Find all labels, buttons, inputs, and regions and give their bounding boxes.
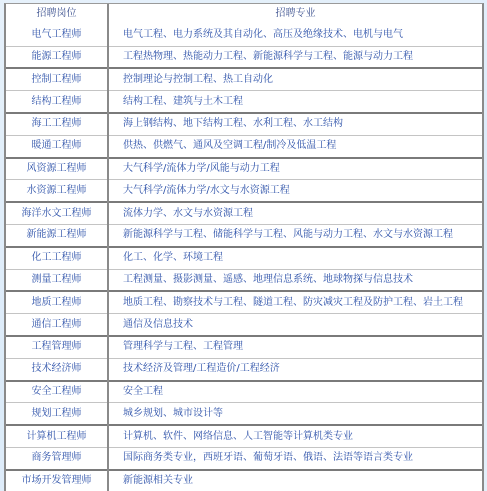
table-row: 计算机工程师 计算机、软件、网络信息、人工智能等计算机类专业 [6,425,482,447]
position-cell: 海洋水文工程师 [6,202,108,224]
recruitment-table-container: 招聘岗位 招聘专业 电气工程师 电气工程、电力系统及其自动化、高压及绝缘技术、电… [4,3,484,491]
position-cell: 工程管理师 [6,336,108,358]
major-cell: 计算机、软件、网络信息、人工智能等计算机类专业 [108,425,482,447]
position-cell: 商务管理师 [6,447,108,469]
table-row: 规划工程师 城乡规划、城市设计等 [6,403,482,425]
recruitment-table: 招聘岗位 招聘专业 电气工程师 电气工程、电力系统及其自动化、高压及绝缘技术、电… [6,4,482,491]
table-row: 商务管理师 国际商务类专业，西班牙语、葡萄牙语、俄语、法语等语言类专业 [6,447,482,469]
position-cell: 暖通工程师 [6,135,108,157]
major-cell: 地质工程、勘察技术与工程、隧道工程、防灾减灾工程及防护工程、岩土工程 [108,291,482,313]
table-row: 风资源工程师 大气科学/流体力学/风能与动力工程 [6,158,482,180]
position-cell: 控制工程师 [6,68,108,90]
major-cell: 供热、供燃气、通风及空调工程/制冷及低温工程 [108,135,482,157]
major-cell: 工程热物理、热能动力工程、新能源科学与工程、能源与动力工程 [108,46,482,68]
major-cell: 安全工程 [108,381,482,403]
major-cell: 城乡规划、城市设计等 [108,403,482,425]
major-cell: 大气科学/流体力学/水文与水资源工程 [108,180,482,202]
table-row: 地质工程师 地质工程、勘察技术与工程、隧道工程、防灾减灾工程及防护工程、岩土工程 [6,291,482,313]
table-row: 海工工程师 海上钢结构、地下结构工程、水利工程、水工结构 [6,113,482,135]
position-cell: 水资源工程师 [6,180,108,202]
major-cell: 大气科学/流体力学/风能与动力工程 [108,158,482,180]
table-row: 测量工程师 工程测量、摄影测量、遥感、地理信息系统、地球物探与信息技术 [6,269,482,291]
major-cell: 海上钢结构、地下结构工程、水利工程、水工结构 [108,113,482,135]
table-row: 工程管理师 管理科学与工程、工程管理 [6,336,482,358]
major-cell: 电气工程、电力系统及其自动化、高压及绝缘技术、电机与电气 [108,25,482,46]
position-cell: 结构工程师 [6,91,108,113]
major-cell: 结构工程、建筑与土木工程 [108,91,482,113]
major-cell: 流体力学、水文与水资源工程 [108,202,482,224]
major-cell: 工程测量、摄影测量、遥感、地理信息系统、地球物探与信息技术 [108,269,482,291]
table-row: 能源工程师 工程热物理、热能动力工程、新能源科学与工程、能源与动力工程 [6,46,482,68]
position-cell: 技术经济师 [6,358,108,380]
position-cell: 规划工程师 [6,403,108,425]
major-cell: 国际商务类专业，西班牙语、葡萄牙语、俄语、法语等语言类专业 [108,447,482,469]
table-row: 暖通工程师 供热、供燃气、通风及空调工程/制冷及低温工程 [6,135,482,157]
major-cell: 管理科学与工程、工程管理 [108,336,482,358]
position-cell: 化工工程师 [6,247,108,269]
header-position: 招聘岗位 [6,4,108,25]
table-row: 化工工程师 化工、化学、环境工程 [6,247,482,269]
position-cell: 安全工程师 [6,381,108,403]
position-cell: 海工工程师 [6,113,108,135]
table-row: 安全工程师 安全工程 [6,381,482,403]
major-cell: 新能源相关专业 [108,470,482,491]
major-cell: 新能源科学与工程、储能科学与工程、风能与动力工程、水文与水资源工程 [108,224,482,246]
position-cell: 测量工程师 [6,269,108,291]
table-row: 新能源工程师 新能源科学与工程、储能科学与工程、风能与动力工程、水文与水资源工程 [6,224,482,246]
major-cell: 技术经济及管理/工程造价/工程经济 [108,358,482,380]
table-row: 水资源工程师 大气科学/流体力学/水文与水资源工程 [6,180,482,202]
major-cell: 控制理论与控制工程、热工自动化 [108,68,482,90]
position-cell: 计算机工程师 [6,425,108,447]
table-row: 海洋水文工程师 流体力学、水文与水资源工程 [6,202,482,224]
position-cell: 市场开发管理师 [6,470,108,491]
position-cell: 新能源工程师 [6,224,108,246]
table-row: 电气工程师 电气工程、电力系统及其自动化、高压及绝缘技术、电机与电气 [6,25,482,46]
position-cell: 通信工程师 [6,314,108,336]
table-row: 技术经济师 技术经济及管理/工程造价/工程经济 [6,358,482,380]
position-cell: 风资源工程师 [6,158,108,180]
major-cell: 化工、化学、环境工程 [108,247,482,269]
table-header-row: 招聘岗位 招聘专业 [6,4,482,25]
table-row: 市场开发管理师 新能源相关专业 [6,470,482,491]
table-row: 通信工程师 通信及信息技术 [6,314,482,336]
position-cell: 地质工程师 [6,291,108,313]
table-row: 结构工程师 结构工程、建筑与土木工程 [6,91,482,113]
position-cell: 电气工程师 [6,25,108,46]
position-cell: 能源工程师 [6,46,108,68]
major-cell: 通信及信息技术 [108,314,482,336]
header-major: 招聘专业 [108,4,482,25]
table-row: 控制工程师 控制理论与控制工程、热工自动化 [6,68,482,90]
